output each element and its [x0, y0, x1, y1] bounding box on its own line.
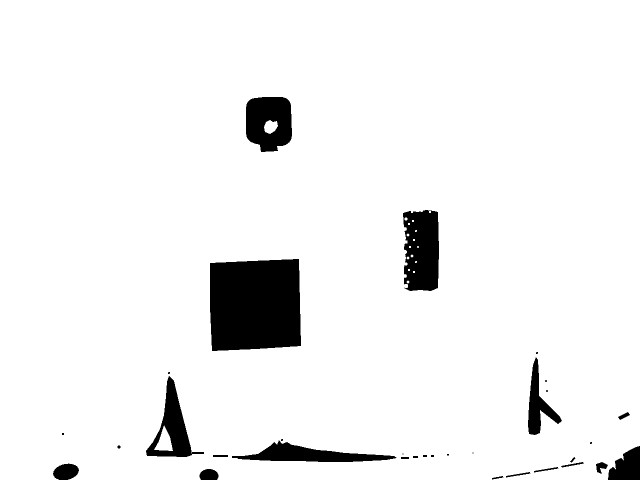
- tiny-specks-dot: [472, 452, 474, 454]
- tiny-specks-dot: [536, 352, 538, 354]
- waterline-left-dashes: [192, 452, 242, 458]
- dithered-bar-speckles-dot: [412, 220, 414, 222]
- dithered-bar-speckles-dot: [404, 262, 407, 265]
- binary-image-svg: [0, 0, 640, 480]
- dithered-bar-speckles-dot: [407, 234, 410, 237]
- dithered-bar-speckles-dot: [411, 211, 413, 213]
- tiny-specks-dot: [281, 439, 283, 441]
- dithered-bar-speckles-dot: [403, 227, 407, 231]
- dithered-bar-speckles-dot: [408, 269, 410, 271]
- tiny-specks: [62, 352, 592, 455]
- dithered-bar-speckles-dot: [404, 284, 408, 288]
- left-sail-silhouette: [146, 376, 192, 457]
- dithered-bar-speckles-dot: [413, 271, 415, 273]
- dithered-bar-speckles-dot: [403, 250, 407, 254]
- tiny-specks-dot: [118, 446, 121, 449]
- dithered-bar-speckles-dot: [411, 255, 414, 258]
- corner-silhouette: [596, 446, 640, 480]
- waterline-right-dashes: [401, 454, 449, 459]
- tiny-specks-dot: [590, 442, 592, 444]
- shore-diagonal-line: [492, 457, 584, 480]
- ground-blob-left: [52, 461, 81, 480]
- tiny-specks-dot: [62, 433, 64, 435]
- dithered-bar-speckles-dot: [404, 217, 407, 220]
- blob-with-hole: [246, 97, 292, 152]
- dithered-bar-speckles-dot: [407, 281, 410, 284]
- dithered-bar-speckles-dot: [408, 223, 410, 225]
- dithered-bar-speckles-dot: [403, 274, 407, 278]
- tiny-specks-dot: [168, 372, 170, 374]
- tiny-specks-dot: [402, 453, 404, 455]
- dithered-bar-speckles-dot: [429, 211, 431, 213]
- ground-blob-center: [200, 469, 219, 480]
- dithered-bar-speckles-dot: [409, 246, 411, 248]
- dithered-bar-speckles-dot: [421, 210, 423, 212]
- tiny-specks-dot: [546, 390, 548, 392]
- dithered-bar: [403, 210, 439, 291]
- tiny-specks-dot: [545, 380, 547, 382]
- dithered-bar-speckles-dot: [404, 240, 407, 243]
- dithered-bar-speckles-dot: [415, 261, 417, 263]
- binary-image-canvas: [0, 0, 640, 480]
- solid-square: [210, 259, 301, 351]
- boat-silhouette: [236, 440, 397, 462]
- right-mast-silhouette: [528, 357, 562, 435]
- dithered-bar-speckles-dot: [413, 239, 415, 241]
- dithered-bar-speckles-dot: [417, 246, 419, 248]
- floating-dash: [618, 412, 630, 420]
- dithered-bar-speckles-dot: [407, 257, 410, 260]
- dithered-bar-speckles-dot: [415, 230, 417, 232]
